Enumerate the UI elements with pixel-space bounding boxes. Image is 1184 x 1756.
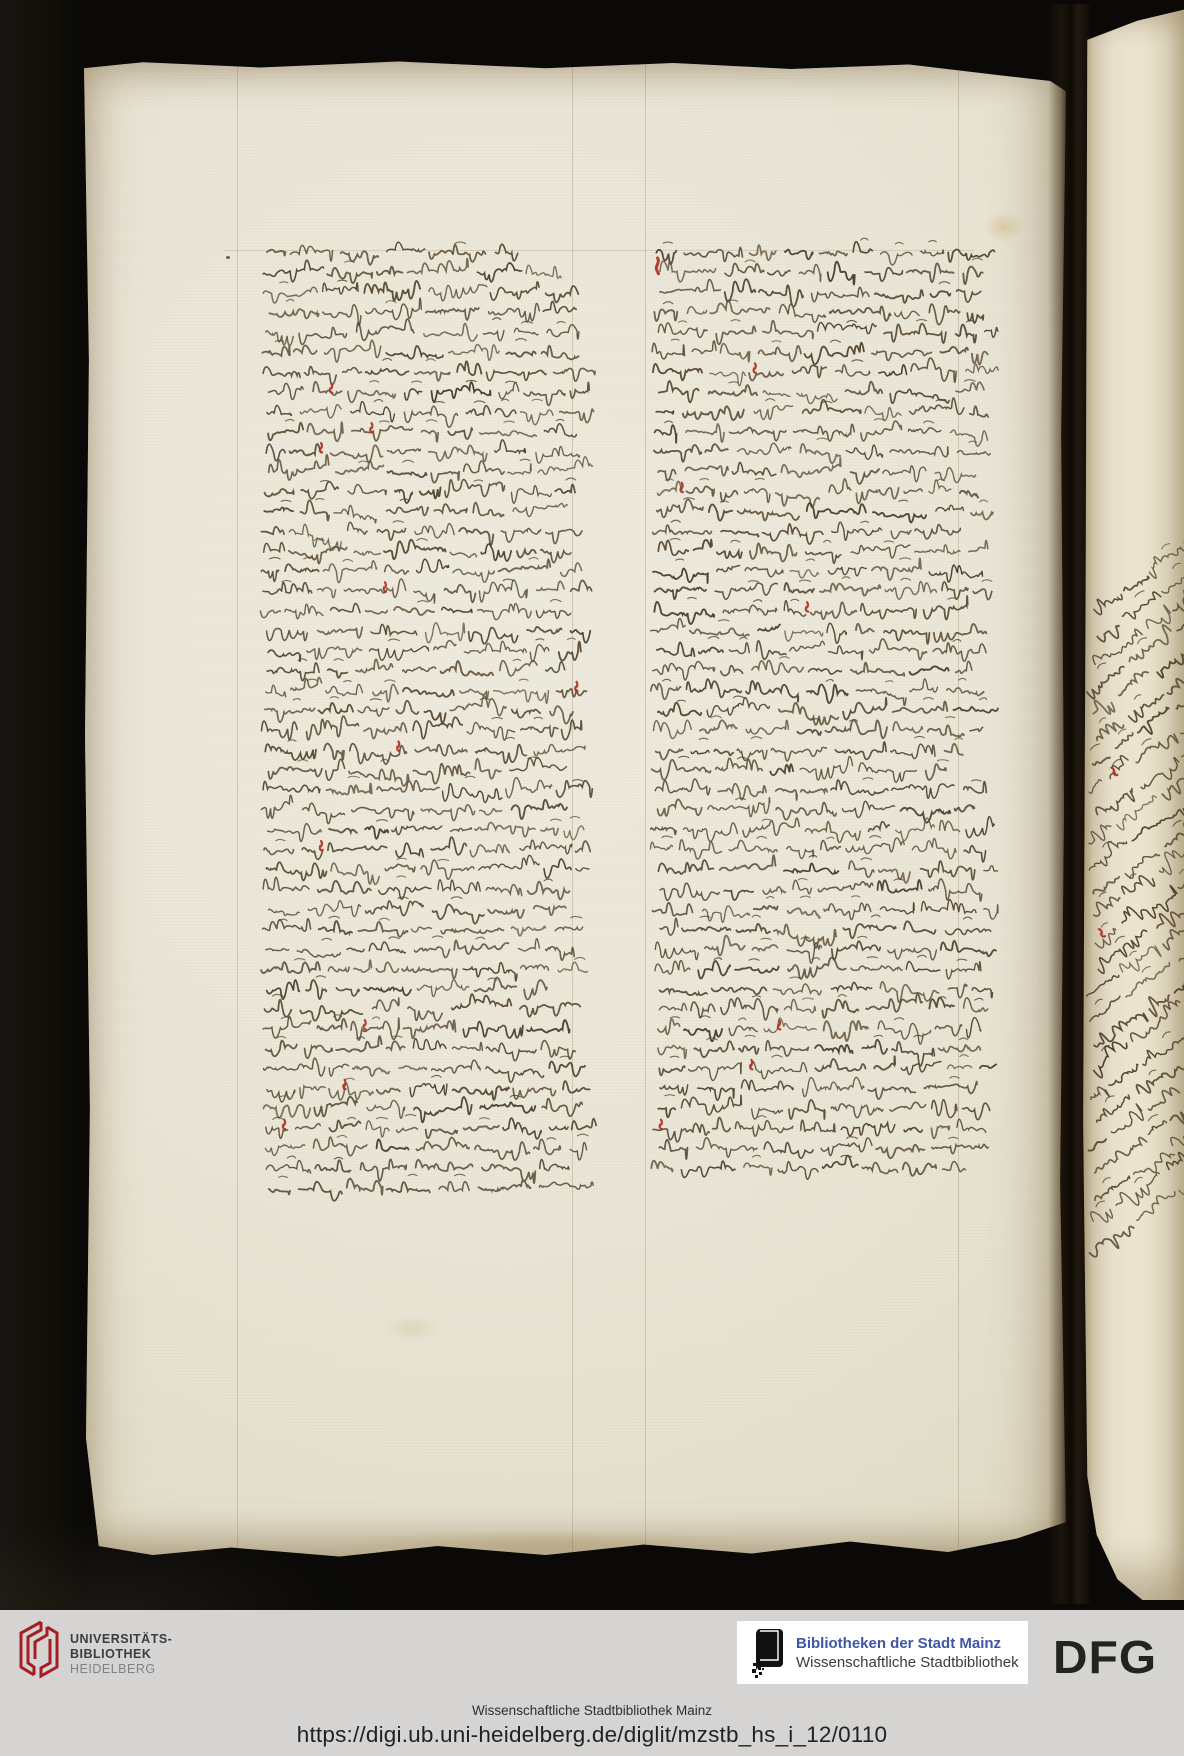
ruling-line-col1-left — [237, 60, 238, 1558]
fore-edge-handwriting — [1080, 8, 1184, 1600]
photographed-book-scan — [0, 0, 1184, 1610]
source-url: https://digi.ub.uni-heidelberg.de/diglit… — [0, 1722, 1184, 1748]
ink-speck — [226, 256, 230, 259]
ruling-line-col1-right — [572, 60, 573, 1558]
dfg-logo: DFG — [1053, 1630, 1157, 1684]
fore-edge-page — [1080, 8, 1184, 1600]
dissolving-book-icon — [747, 1627, 787, 1679]
mainz-line1: Bibliotheken der Stadt Mainz — [796, 1634, 1019, 1653]
heidelberg-logo: UNIVERSITÄTS- BIBLIOTHEK HEIDELBERG — [14, 1618, 334, 1690]
handwriting-column-left — [244, 220, 600, 1300]
heidelberg-line2: BIBLIOTHEK — [70, 1647, 172, 1662]
ruling-line-col2-left — [645, 60, 646, 1558]
open-book-icon — [14, 1618, 60, 1686]
paper-stain — [384, 1315, 440, 1341]
mainz-line2: Wissenschaftliche Stadtbibliothek — [796, 1653, 1019, 1672]
paper-stain — [984, 212, 1024, 242]
manuscript-page — [84, 60, 1066, 1558]
footer-caption: Wissenschaftliche Stadtbibliothek Mainz — [0, 1703, 1184, 1718]
heidelberg-line3: HEIDELBERG — [70, 1662, 172, 1677]
background-cloth — [0, 0, 80, 1610]
ruling-line-col2-right — [958, 60, 959, 1558]
mainz-library-badge: Bibliotheken der Stadt Mainz Wissenschaf… — [737, 1621, 1028, 1684]
ruling-line-top — [224, 250, 974, 251]
heidelberg-line1: UNIVERSITÄTS- — [70, 1632, 172, 1647]
handwriting-column-right — [640, 220, 1008, 1300]
